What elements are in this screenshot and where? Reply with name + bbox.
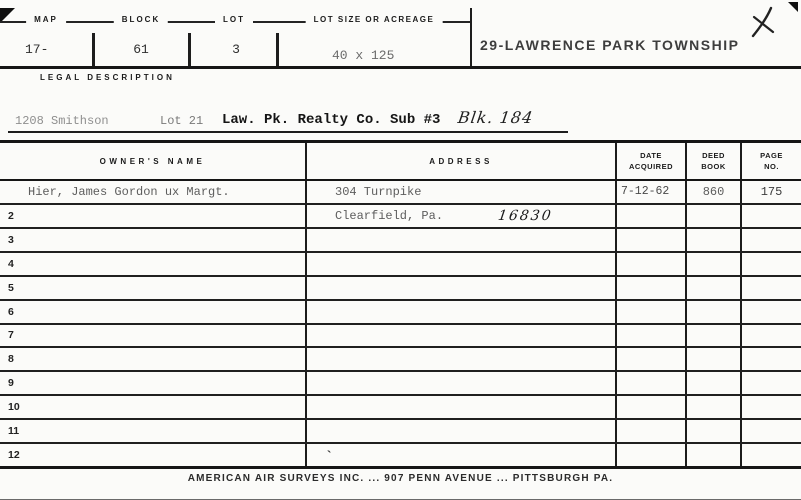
owner-cell: 12: [0, 444, 305, 466]
lot-value: 3: [232, 42, 240, 57]
table-row: 5: [0, 277, 801, 301]
column-header-owner: OWNER'S NAME: [0, 143, 305, 179]
address-cell: [305, 372, 615, 394]
date-acquired-cell: [615, 348, 685, 370]
date-acquired-cell: [615, 420, 685, 442]
address-cell: [305, 396, 615, 418]
header-bottom-rule: [0, 66, 801, 69]
column-header-deed-book: DEED BOOK: [685, 143, 740, 179]
address-line: 304 Turnpike: [335, 185, 421, 199]
date-acquired-cell: [615, 325, 685, 347]
date-acquired-cell: 7-12-62: [615, 181, 685, 203]
table-row: 4: [0, 253, 801, 277]
address-cell: [305, 420, 615, 442]
map-value: 17-: [25, 42, 48, 57]
deed-book-cell: [685, 396, 740, 418]
table-row: 12`: [0, 444, 801, 466]
page-no: 175: [761, 185, 783, 199]
page-no-cell: 175: [740, 181, 801, 203]
date-acquired-cell: [615, 396, 685, 418]
row-number: 10: [8, 401, 28, 413]
legal-underline: [8, 131, 568, 133]
deed-book-cell: [685, 420, 740, 442]
address-cell: [305, 301, 615, 323]
owner-cell: 4: [0, 253, 305, 275]
owner-cell: 9: [0, 372, 305, 394]
legal-description-line: 1208 Smithson Lot 21 Law. Pk. Realty Co.…: [0, 108, 640, 138]
date-acquired-cell: [615, 301, 685, 323]
page-no-cell: [740, 396, 801, 418]
date-acquired-cell: [615, 229, 685, 251]
property-record-card: MAP BLOCK LOT LOT SIZE OR ACREAGE 17- 61…: [0, 0, 801, 500]
block-label: BLOCK: [114, 15, 168, 24]
deed-book-cell: [685, 348, 740, 370]
lot-label: LOT: [215, 15, 253, 24]
page-no-cell: [740, 372, 801, 394]
lot-size-label: LOT SIZE OR ACREAGE: [306, 15, 443, 24]
table-row: 11: [0, 420, 801, 444]
legal-description-label: LEGAL DESCRIPTION: [40, 73, 175, 82]
deed-book-cell: [685, 205, 740, 227]
date-acquired-cell: [615, 253, 685, 275]
table-row: 7: [0, 325, 801, 349]
row-number: 2: [8, 210, 28, 222]
owner-cell: 2: [0, 205, 305, 227]
map-label: MAP: [26, 15, 66, 24]
page-no-cell: [740, 301, 801, 323]
row-number: 4: [8, 258, 28, 270]
page-no-cell: [740, 420, 801, 442]
row-number: 9: [8, 377, 28, 389]
address-cell: Clearfield, Pa.16830: [305, 205, 615, 227]
address-cell: `: [305, 444, 615, 466]
table-row: 2Clearfield, Pa.16830: [0, 205, 801, 229]
table-bottom-rule: [0, 466, 801, 469]
row-number: 5: [8, 282, 28, 294]
owner-cell: 7: [0, 325, 305, 347]
address-cell: 304 Turnpike: [305, 181, 615, 203]
legal-block-handwritten: Blk. 184: [457, 108, 535, 127]
township-title: 29-LAWRENCE PARK TOWNSHIP: [480, 37, 739, 53]
deed-book-cell: [685, 372, 740, 394]
row-number: 8: [8, 353, 28, 365]
owner-cell: Hier, James Gordon ux Margt.: [0, 181, 305, 203]
footer-imprint: AMERICAN AIR SURVEYS INC. ... 907 PENN A…: [0, 473, 801, 484]
page-no-cell: [740, 348, 801, 370]
legal-parcel-text: 1208 Smithson: [15, 114, 109, 128]
deed-book-cell: [685, 444, 740, 466]
owner-cell: 11: [0, 420, 305, 442]
column-header-date-acquired: DATE ACQUIRED: [615, 143, 685, 179]
deed-book-cell: 860: [685, 181, 740, 203]
header-divider: [188, 33, 191, 66]
lot-size-value: 40 x 125: [332, 48, 394, 63]
date-acquired: 7-12-62: [621, 185, 669, 198]
table-row: 3: [0, 229, 801, 253]
address-cell: [305, 325, 615, 347]
date-acquired-cell: [615, 444, 685, 466]
deed-book-cell: [685, 325, 740, 347]
address-line: Clearfield, Pa.: [335, 209, 443, 223]
date-acquired-cell: [615, 205, 685, 227]
address-cell: [305, 229, 615, 251]
deed-book-cell: [685, 229, 740, 251]
column-header-address: ADDRESS: [305, 143, 615, 179]
row-number: 7: [8, 329, 28, 341]
scan-corner-artifact: [788, 2, 798, 12]
table-row: 8: [0, 348, 801, 372]
owner-cell: 3: [0, 229, 305, 251]
date-acquired-cell: [615, 372, 685, 394]
page-no-cell: [740, 229, 801, 251]
stray-mark: `: [327, 448, 331, 463]
row-number: 6: [8, 306, 28, 318]
deed-book-cell: [685, 277, 740, 299]
owners-table-header: OWNER'S NAME ADDRESS DATE ACQUIRED DEED …: [0, 140, 801, 181]
owner-cell: 8: [0, 348, 305, 370]
header-divider: [276, 33, 279, 66]
page-no-cell: [740, 325, 801, 347]
table-row: 6: [0, 301, 801, 325]
table-row: Hier, James Gordon ux Margt.304 Turnpike…: [0, 181, 801, 205]
legal-subdivision-text: Law. Pk. Realty Co. Sub #3: [222, 112, 440, 128]
date-acquired-cell: [615, 277, 685, 299]
owner-cell: 5: [0, 277, 305, 299]
page-no-cell: [740, 444, 801, 466]
owners-table-body: Hier, James Gordon ux Margt.304 Turnpike…: [0, 181, 801, 466]
handwritten-x-mark: [746, 4, 780, 42]
header-title-divider: [470, 8, 472, 66]
row-number: 3: [8, 234, 28, 246]
page-no-cell: [740, 277, 801, 299]
header-divider: [92, 33, 95, 66]
owner-cell: 10: [0, 396, 305, 418]
deed-book-cell: [685, 253, 740, 275]
owner-cell: 6: [0, 301, 305, 323]
legal-lot-text: Lot 21: [160, 114, 203, 128]
deed-book-cell: [685, 301, 740, 323]
page-no-cell: [740, 253, 801, 275]
zip-handwritten: 16830: [497, 208, 554, 224]
table-row: 10: [0, 396, 801, 420]
table-row: 9: [0, 372, 801, 396]
address-cell: [305, 253, 615, 275]
deed-book: 860: [703, 185, 725, 199]
block-value: 61: [133, 42, 149, 57]
page-no-cell: [740, 205, 801, 227]
address-cell: [305, 277, 615, 299]
owner-name: Hier, James Gordon ux Margt.: [28, 185, 230, 199]
row-number: 12: [8, 449, 28, 461]
row-number: 11: [8, 425, 28, 437]
address-cell: [305, 348, 615, 370]
column-header-page-no: PAGE NO.: [740, 143, 801, 179]
